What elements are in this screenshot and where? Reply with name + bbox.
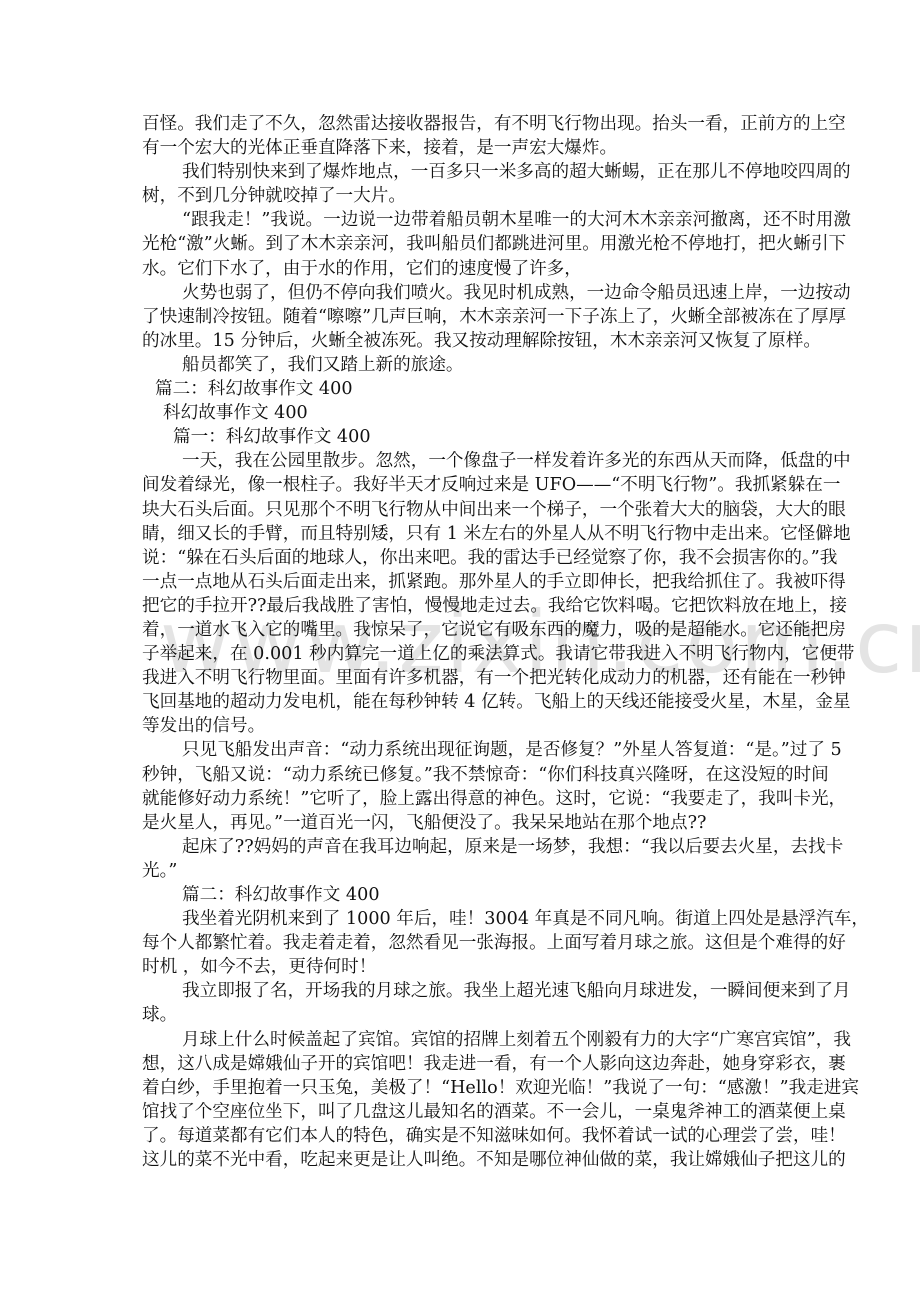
paragraph-line: 就能修好动力系统！”它听了，脸上露出得意的神色。这时，它说：“我要走了，我叫卡光… [142, 787, 783, 811]
paragraph-line: 说：“躲在石头后面的地球人，你出来吧。我的雷达手已经觉察了你，我不会损害你的。”… [142, 546, 783, 570]
paragraph-first-line: 火势也弱了，但仍不停向我们喷火。我见时机成熟，一边命令船员迅速上岸，一边按动 [142, 281, 783, 305]
paragraph-line: 着，一道水飞入它的嘴里。我惊呆了，它说它有吸东西的魔力，吸的是超能水。它还能把房 [142, 618, 783, 642]
paragraph-first-line: 只见飞船发出声音：“动力系统出现征询题，是否修复？”外星人答复道：“是。”过了 … [142, 738, 783, 762]
paragraph-first-line: 我立即报了名，开场我的月球之旅。我坐上超光速飞船向月球进发，一瞬间便来到了月 [142, 979, 783, 1003]
paragraph-line: 睛，细又长的手臂，而且特别矮，只有 1 米左右的外星人从不明飞行物中走出来。它怪… [142, 522, 783, 546]
paragraph-line: 每个人都繁忙着。我走着走着，忽然看见一张海报。上面写着月球之旅。这但是个难得的好 [142, 931, 783, 955]
paragraph-line: 子举起来，在 0.001 秒内算完一道上亿的乘法算式。我请它带我进入不明飞行物内… [142, 642, 783, 666]
paragraph-line: 把它的手拉开??最后我战胜了害怕，慢慢地走过去。我给它饮料喝。它把饮料放在地上，… [142, 594, 783, 618]
paragraph-first-line: 月球上什么时候盖起了宾馆。宾馆的招牌上刻着五个刚毅有力的大字“广寒宫宾馆”，我 [142, 1028, 783, 1052]
section-heading: 篇一：科幻故事作文 400 [142, 425, 783, 449]
paragraph-first-line: 我们特别快来到了爆炸地点，一百多只一米多高的超大蜥蜴，正在那儿不停地咬四周的 [142, 160, 783, 184]
paragraph-first-line: 我坐着光阴机来到了 1000 年后，哇！3004 年真是不同凡响。街道上四处是悬… [142, 907, 783, 931]
section-subheading: 科幻故事作文 400 [142, 401, 783, 425]
paragraph-last-line: 的冰里。15 分钟后，火蜥全被冻死。我又按动理解除按钮，木木亲亲河又恢复了原样。 [142, 329, 783, 353]
paragraph-last-line: 球。 [142, 1003, 783, 1027]
paragraph-first-line: “跟我走！”我说。一边说一边带着船员朝木星唯一的大河木木亲亲河撤离，还不时用激 [142, 208, 783, 232]
paragraph-line: 间发着绿光，像一根柱子。我好半天才反响过来是 UFO——“不明飞行物”。我抓紧躲… [142, 473, 783, 497]
paragraph-line: 我进入不明飞行物里面。里面有许多机器，有一个把光转化成动力的机器，还有能在一秒钟 [142, 666, 783, 690]
paragraph-last-line: 等发出的信号。 [142, 714, 783, 738]
paragraph-line: 飞回基地的超动力发电机，能在每秒钟转 4 亿转。飞船上的天线还能接受火星，木星，… [142, 690, 783, 714]
paragraph-first-line: 一天，我在公园里散步。忽然，一个像盘子一样发着许多光的东西从天而降，低盘的中 [142, 449, 783, 473]
document-body: 百怪。我们走了不久，忽然雷达接收器报告，有不明飞行物出现。抬头一看，正前方的上空… [142, 112, 783, 1172]
paragraph-line: 船员都笑了，我们又踏上新的旅途。 [142, 353, 783, 377]
paragraph-line: 一点一点地从石头后面走出来，抓紧跑。那外星人的手立即伸长，把我给抓住了。我被吓得 [142, 570, 783, 594]
paragraph-line: 光枪“激”火蜥。到了木木亲亲河，我叫船员们都跳进河里。用激光枪不停地打，把火蜥引… [142, 232, 783, 256]
paragraph-line: 百怪。我们走了不久，忽然雷达接收器报告，有不明飞行物出现。抬头一看，正前方的上空 [142, 112, 783, 136]
paragraph-line: 篇二：科幻故事作文 400 [142, 883, 783, 907]
paragraph-line: 了快速制冷按钮。随着“嚓嚓”几声巨响，木木亲亲河一下子冻上了，火蜥全部被冻在了厚… [142, 305, 783, 329]
paragraph-first-line: 起床了??妈妈的声音在我耳边响起，原来是一场梦，我想：“我以后要去火星，去找卡 [142, 835, 783, 859]
paragraph-line: 秒钟，飞船又说：“动力系统已修复。”我不禁惊奇：“你们科技真兴隆呀，在这没短的时… [142, 763, 783, 787]
paragraph-last-line: 有一个宏大的光体正垂直降落下来，接着，是一声宏大爆炸。 [142, 136, 783, 160]
paragraph-line: 了。每道菜都有它们本人的特色，确实是不知滋味如何。我怀着试一试的心理尝了尝，哇！ [142, 1124, 783, 1148]
paragraph-line: 馆找了个空座位坐下，叫了几盘这儿最知名的酒菜。不一会儿，一桌鬼斧神工的酒菜便上桌 [142, 1100, 783, 1124]
paragraph-line: 想，这八成是嫦娥仙子开的宾馆吧！我走进一看，有一个人影向这边奔赴，她身穿彩衣，裹 [142, 1052, 783, 1076]
paragraph-line: 这儿的菜不光中看，吃起来更是让人叫绝。不知是哪位神仙做的菜，我让嫦娥仙子把这儿的 [142, 1148, 783, 1172]
paragraph-last-line: 光。” [142, 859, 783, 883]
paragraph-line: 块大石头后面。只见那个不明飞行物从中间出来一个梯子，一个张着大大的脑袋，大大的眼 [142, 498, 783, 522]
paragraph-line: 着白纱，手里抱着一只玉兔，美极了！“Hello！欢迎光临！”我说了一句：“感激！… [142, 1076, 783, 1100]
document-page: www.zixin.com.cn 百怪。我们走了不久，忽然雷达接收器报告，有不明… [0, 0, 920, 1302]
section-heading: 篇二：科幻故事作文 400 [142, 377, 783, 401]
paragraph-last-line: 时机 ，如今不去，更待何时！ [142, 955, 783, 979]
paragraph-last-line: 树，不到几分钟就咬掉了一大片。 [142, 184, 783, 208]
paragraph-last-line: 是火星人，再见。”一道百光一闪，飞船便没了。我呆呆地站在那个地点?? [142, 811, 783, 835]
paragraph-last-line: 水。它们下水了，由于水的作用，它们的速度慢了许多， [142, 257, 783, 281]
